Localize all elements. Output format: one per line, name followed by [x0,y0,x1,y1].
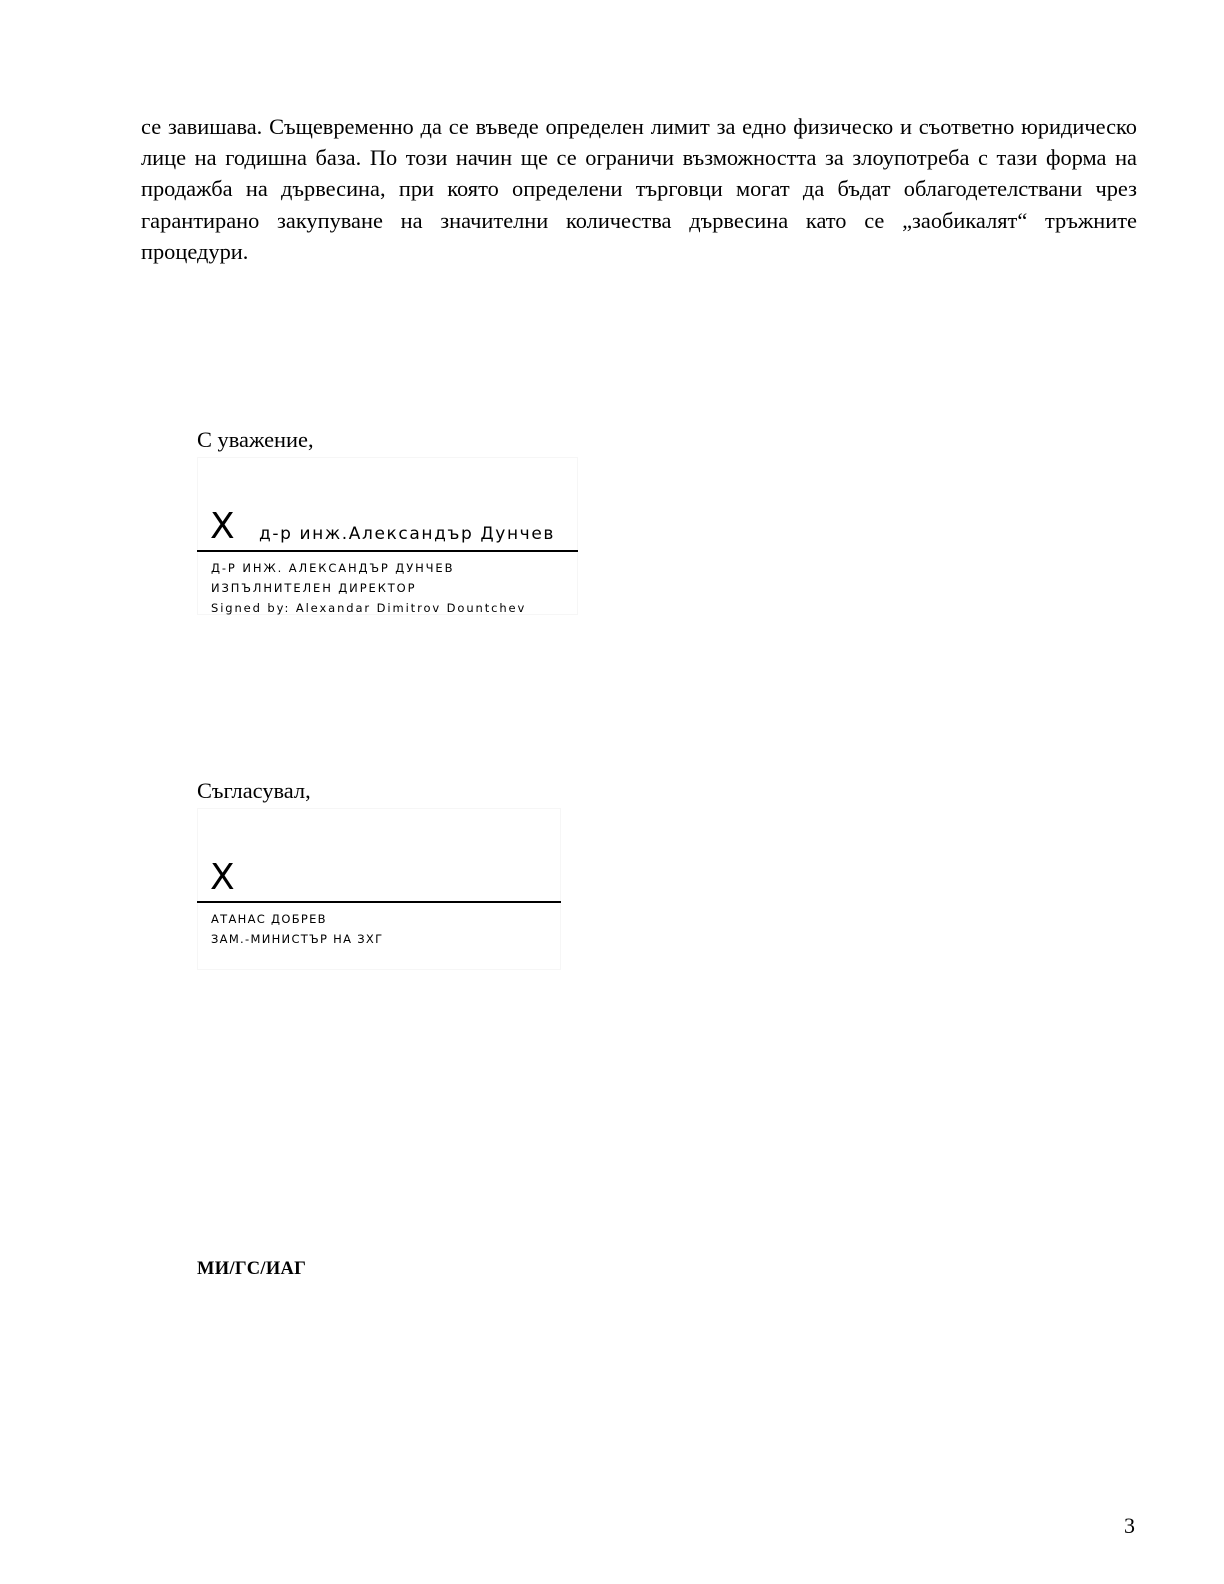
signature-mark-icon: X [210,509,235,545]
signature-line [197,550,578,552]
signature-handwritten-name: д-р инж.Александър Дунчев [259,524,555,544]
signer-printed-name: АТАНАС ДОБРЕВ [211,909,383,929]
signed-by-text: Signed by: Alexandar Dimitrov Dountchev [211,598,526,618]
closing-salutation: С уважение, [197,426,314,454]
signature-block-deputy-minister[interactable]: X АТАНАС ДОБРЕВ ЗАМ.-МИНИСТЪР НА ЗХГ [197,808,561,970]
body-paragraph: се завишава. Същевременно да се въведе о… [141,111,1137,267]
reference-code: МИ/ГС/ИАГ [197,1259,306,1280]
body-text-block: се завишава. Същевременно да се въведе о… [141,111,1137,267]
signer-printed-name: Д-Р ИНЖ. АЛЕКСАНДЪР ДУНЧЕВ [211,558,526,578]
page-number: 3 [1124,1513,1135,1539]
signature-line [197,901,561,903]
signature-details: АТАНАС ДОБРЕВ ЗАМ.-МИНИСТЪР НА ЗХГ [211,909,383,949]
signer-title: ЗАМ.-МИНИСТЪР НА ЗХГ [211,929,383,949]
signature-mark-icon: X [210,860,235,896]
closing-agreed: Съгласувал, [197,777,311,805]
signature-details: Д-Р ИНЖ. АЛЕКСАНДЪР ДУНЧЕВ ИЗПЪЛНИТЕЛЕН … [211,558,526,618]
signature-block-director[interactable]: X д-р инж.Александър Дунчев Д-Р ИНЖ. АЛЕ… [197,457,578,615]
signer-title: ИЗПЪЛНИТЕЛЕН ДИРЕКТОР [211,578,526,598]
